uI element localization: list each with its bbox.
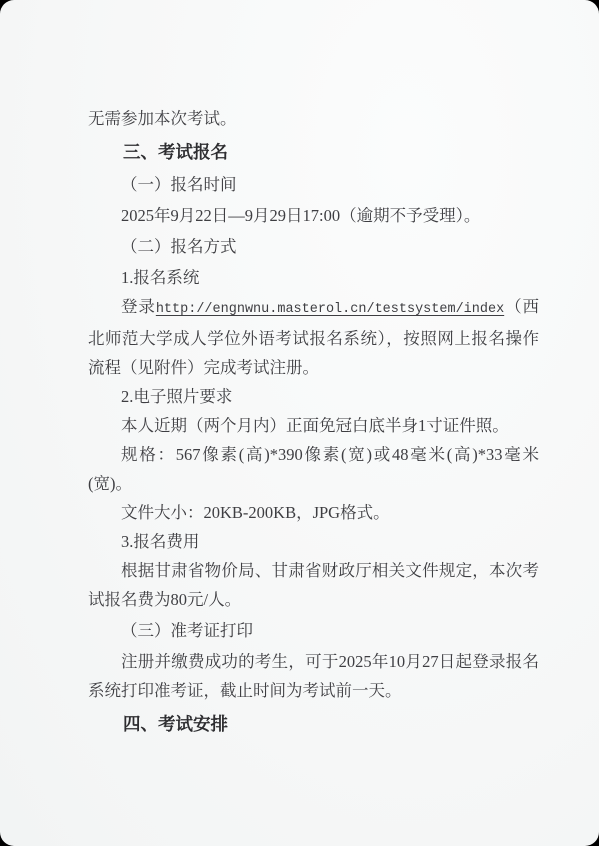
url-prefix-text: 登录 xyxy=(121,297,156,316)
paragraph-photo-spec: 规格：567像素(高)*390像素(宽)或48毫米(高)*33毫米(宽)。 xyxy=(88,440,539,498)
section-heading-registration: 三、考试报名 xyxy=(88,138,539,167)
subheading-registration-time: （一）报名时间 xyxy=(88,170,539,199)
section-heading-exam-arrangement: 四、考试安排 xyxy=(88,710,539,739)
paragraph-photo-description: 本人近期（两个月内）正面免冠白底半身1寸证件照。 xyxy=(88,411,539,440)
paragraph-previous-tail: 无需参加本次考试。 xyxy=(88,104,539,133)
subheading-admission-ticket: （三）准考证打印 xyxy=(88,616,539,645)
document-content: 无需参加本次考试。 三、考试报名 （一）报名时间 2025年9月22日—9月29… xyxy=(0,0,599,739)
list-item-registration-fee: 3.报名费用 xyxy=(88,527,539,556)
paragraph-ticket-print: 注册并缴费成功的考生，可于2025年10月27日起登录报名系统打印准考证，截止时… xyxy=(88,647,539,705)
registration-url-link[interactable]: http://engnwnu.masterol.cn/testsystem/in… xyxy=(156,302,504,317)
paragraph-registration-time: 2025年9月22日—9月29日17:00（逾期不予受理）。 xyxy=(88,201,539,230)
list-item-photo-requirements: 2.电子照片要求 xyxy=(88,382,539,411)
paragraph-registration-url: 登录http://engnwnu.masterol.cn/testsystem/… xyxy=(88,292,539,382)
list-item-registration-system: 1.报名系统 xyxy=(88,263,539,292)
subheading-registration-method: （二）报名方式 xyxy=(88,232,539,261)
paragraph-file-size: 文件大小：20KB-200KB，JPG格式。 xyxy=(88,498,539,527)
scanned-document-page: 无需参加本次考试。 三、考试报名 （一）报名时间 2025年9月22日—9月29… xyxy=(0,0,599,846)
paragraph-fee-detail: 根据甘肃省物价局、甘肃省财政厅相关文件规定，本次考试报名费为80元/人。 xyxy=(88,556,539,614)
